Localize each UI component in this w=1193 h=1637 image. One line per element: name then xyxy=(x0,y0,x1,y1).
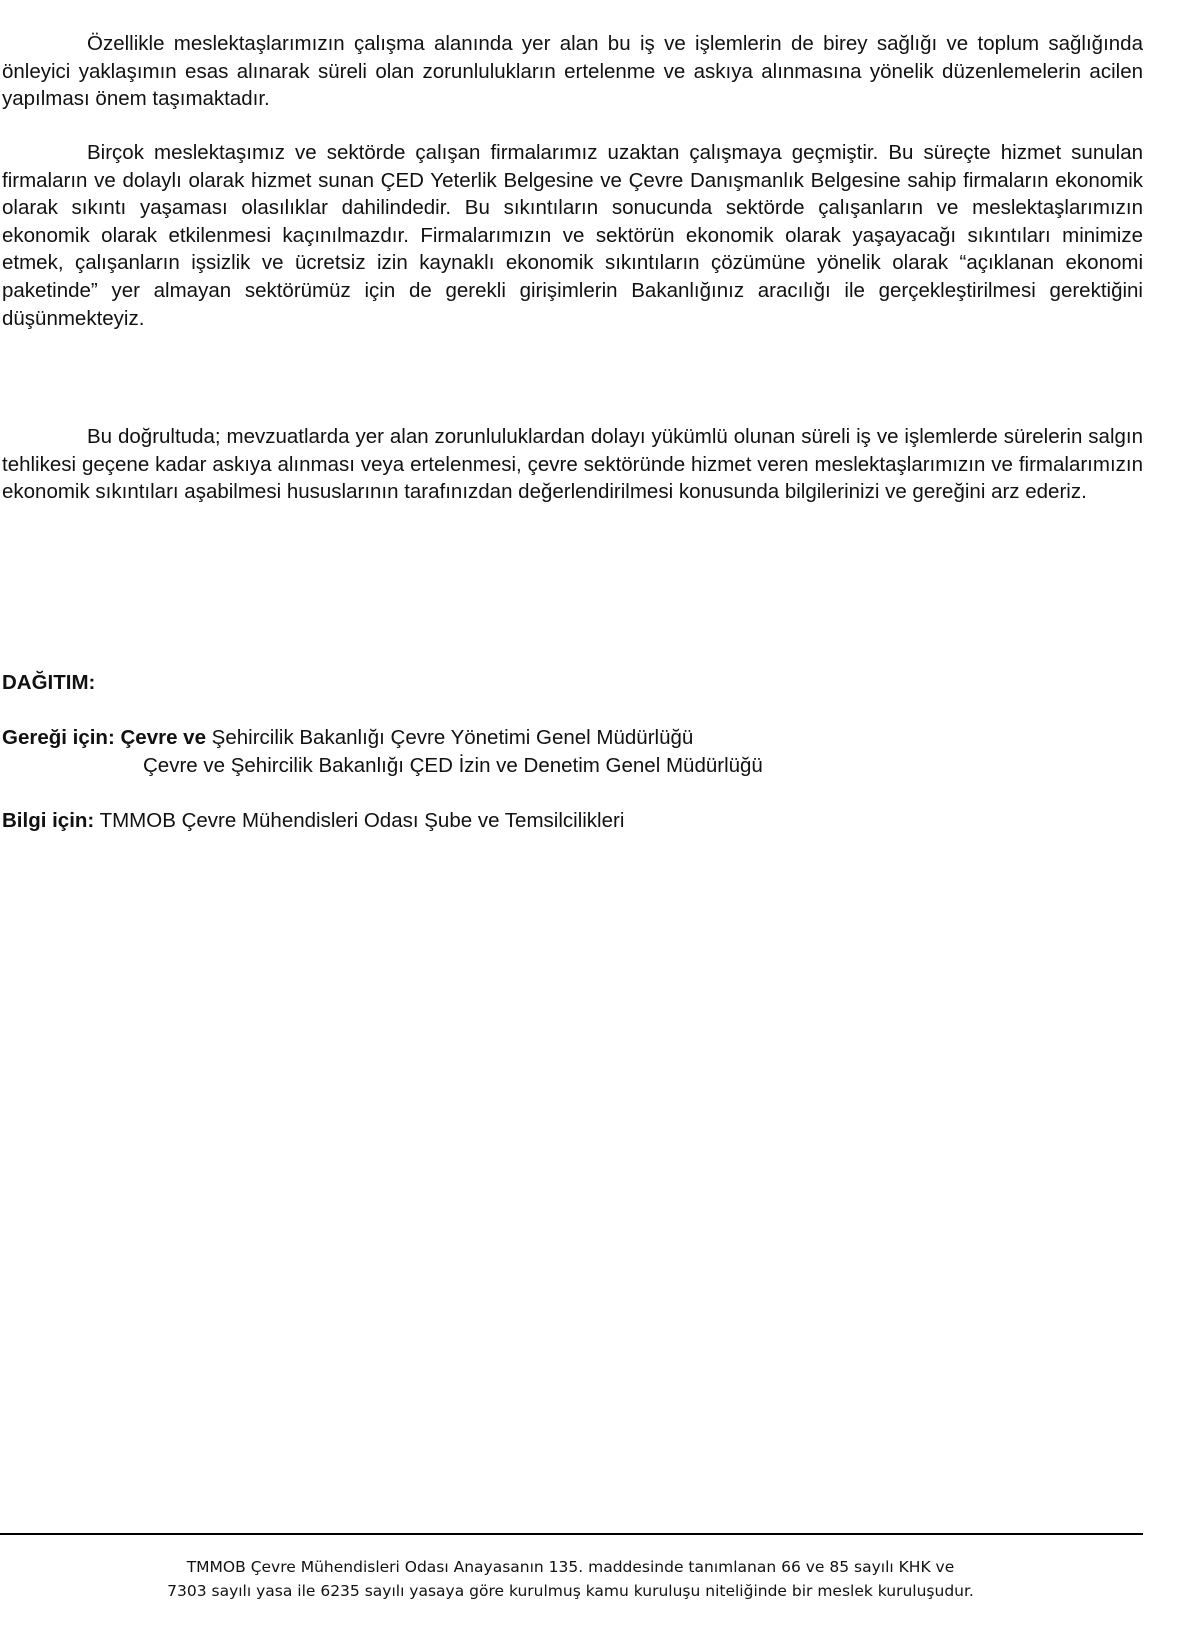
info-label: Bilgi için: xyxy=(2,809,94,832)
footer-line-1: TMMOB Çevre Mühendisleri Odası Anayasanı… xyxy=(0,1555,1167,1579)
distribution-title: DAĞITIM: xyxy=(2,669,95,697)
info-recipient: TMMOB Çevre Mühendisleri Odası Şube ve T… xyxy=(100,809,625,832)
paragraph-conclusion: Bu doğrultuda; mevzuatlarda yer alan zor… xyxy=(2,423,1143,506)
distribution-action-row: Gereği için: Çevre ve Şehircilik Bakanlı… xyxy=(2,724,693,752)
distribution-info-row: Bilgi için: TMMOB Çevre Mühendisleri Oda… xyxy=(2,807,624,835)
action-recipient-2: Çevre ve Şehircilik Bakanlığı ÇED İzin v… xyxy=(143,752,763,780)
action-label: Gereği için: xyxy=(2,726,115,749)
paragraph-economic-impact: Birçok meslektaşımız ve sektörde çalışan… xyxy=(2,139,1143,332)
action-recipient-bold-prefix: Çevre ve xyxy=(120,726,205,749)
footer: TMMOB Çevre Mühendisleri Odası Anayasanı… xyxy=(0,1555,1193,1603)
paragraph-postponement-request: Özellikle meslektaşlarımızın çalışma ala… xyxy=(2,30,1143,113)
footer-divider xyxy=(0,1533,1143,1535)
footer-line-2: 7303 sayılı yasa ile 6235 sayılı yasaya … xyxy=(0,1579,1167,1603)
action-recipient-1: Şehircilik Bakanlığı Çevre Yönetimi Gene… xyxy=(212,726,694,749)
